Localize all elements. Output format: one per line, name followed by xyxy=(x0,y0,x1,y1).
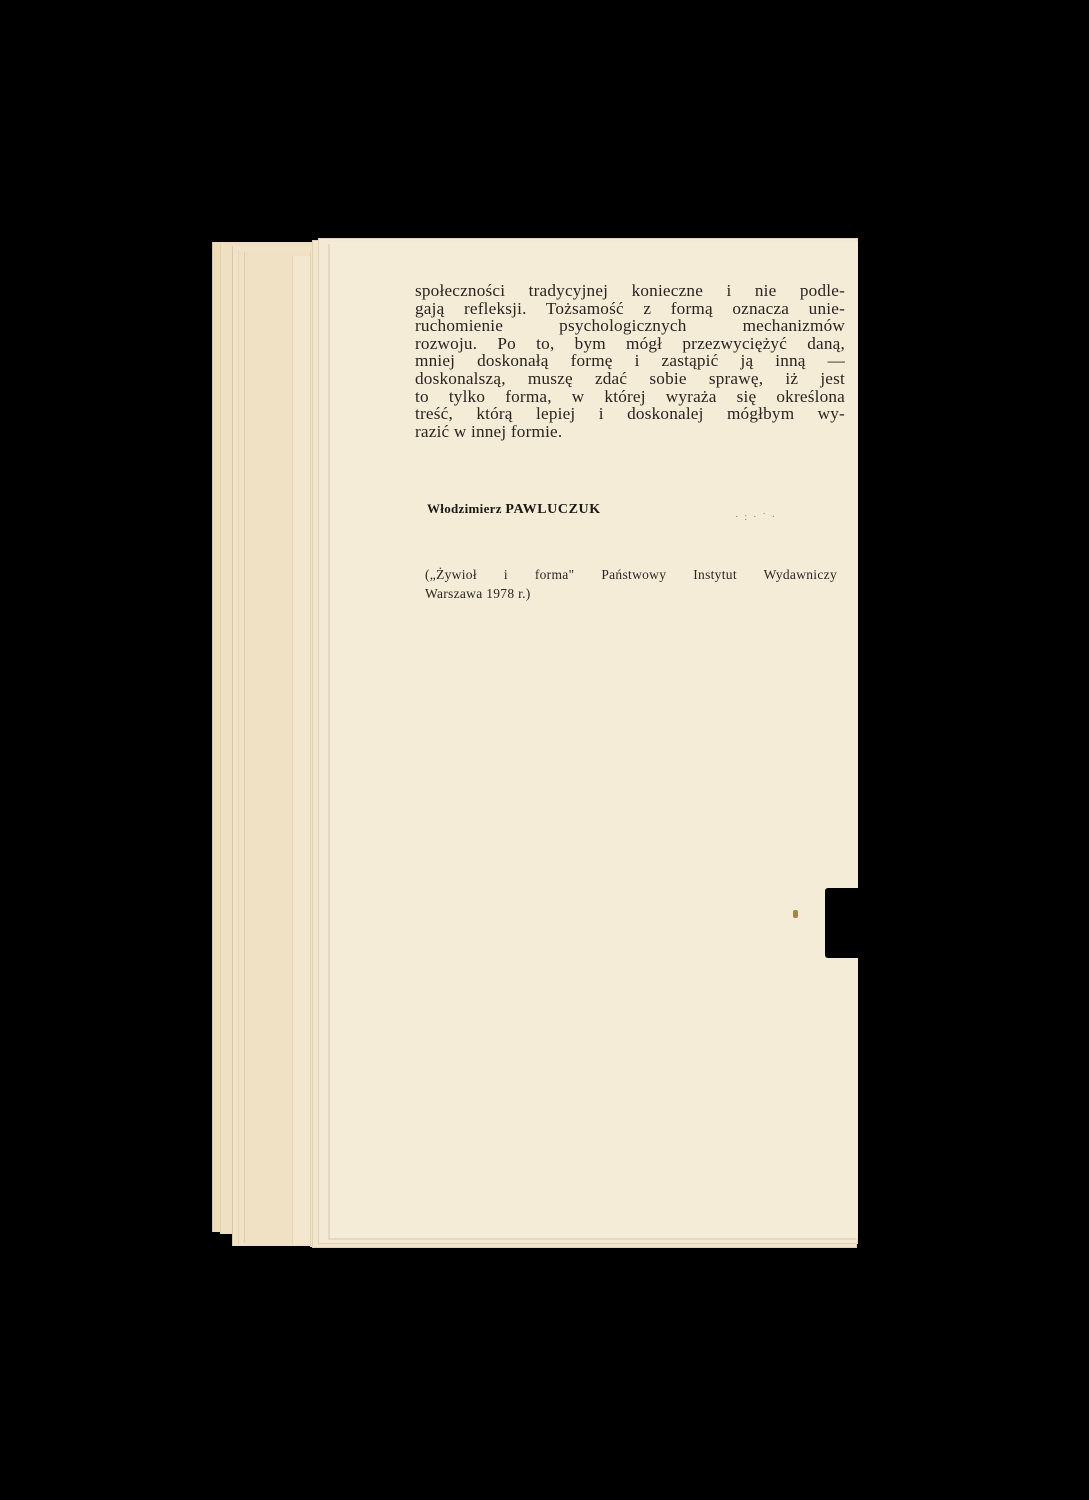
body-line: mniej doskonałą formę i zastąpić ją inną… xyxy=(415,352,845,370)
author-first-name: Włodzimierz xyxy=(427,501,502,516)
body-line: doskonalszą, muszę zdać sobie sprawę, iż… xyxy=(415,370,845,388)
page-notch xyxy=(825,888,865,958)
source-line: („Żywioł i forma" Państwowy Instytut Wyd… xyxy=(425,565,837,584)
source-citation: („Żywioł i forma" Państwowy Instytut Wyd… xyxy=(425,565,837,603)
author-surname: PAWLUCZUK xyxy=(505,502,600,517)
body-line: treść, którą lepiej i doskonalej mógłbym… xyxy=(415,405,845,423)
paper-speck xyxy=(793,910,798,918)
print-specks: ·:·˙· xyxy=(735,512,781,523)
body-line: razić w innej formie. xyxy=(415,423,845,441)
body-paragraph: społeczności tradycyjnej konieczne i nie… xyxy=(415,282,845,440)
body-line: ruchomienie psychologicznych mechanizmów xyxy=(415,317,845,335)
body-line: społeczności tradycyjnej konieczne i nie… xyxy=(415,282,845,300)
source-line: Warszawa 1978 r.) xyxy=(425,584,837,603)
body-line: to tylko forma, w której wyraża się okre… xyxy=(415,388,845,406)
author-signature: Włodzimierz PAWLUCZUK xyxy=(427,501,601,518)
body-line: rozwoju. Po to, bym mógł przezwyciężyć d… xyxy=(415,335,845,353)
body-line: gają refleksji. Tożsamość z formą oznacz… xyxy=(415,300,845,318)
